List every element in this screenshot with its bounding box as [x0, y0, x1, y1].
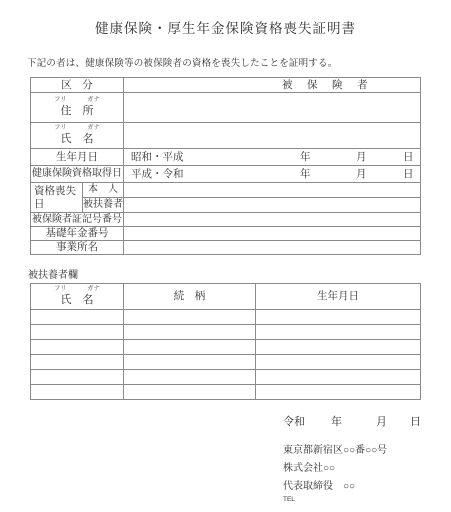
issuer-address: 東京都新宿区○○番○○号 [283, 441, 387, 456]
day-unit: 日 [403, 151, 414, 163]
dependent-row [31, 355, 421, 370]
dependent-cell[interactable] [124, 385, 256, 400]
table-row: 事業所名 [31, 241, 421, 255]
dependent-cell[interactable] [124, 325, 256, 340]
era-options: 昭和・平成 [131, 151, 184, 163]
table-row: 区 分 被 保 険 者 [31, 78, 421, 93]
furigana-annotation: フリ ガナ [54, 286, 100, 293]
table-row: 基礎年金番号 [31, 227, 421, 241]
insured-person-header: 被 保 険 者 [124, 78, 421, 93]
dependents-table-body [31, 310, 421, 400]
loss-date-self-field[interactable] [124, 183, 421, 198]
furigana-annotation: フリ ガナ [54, 125, 100, 132]
table-row: フリ ガナ 氏 名 [31, 123, 421, 149]
acquisition-date-label: 健康保険資格取得日 [31, 166, 124, 183]
issue-date-year-unit: 年 [331, 413, 342, 429]
office-name-field[interactable] [124, 241, 421, 255]
month-unit: 月 [356, 168, 367, 180]
issue-date-era: 令和 [283, 413, 305, 429]
loss-date-label: 資格喪失 日 [31, 183, 83, 213]
address-field[interactable] [124, 93, 421, 123]
birth-date-label: 生年月日 [31, 149, 124, 166]
loss-date-self-label: 本 人 [83, 183, 124, 198]
issue-date-day-unit: 日 [410, 413, 421, 429]
category-header: 区 分 [31, 78, 124, 93]
relationship-header: 続 柄 [124, 284, 256, 310]
table-row: 被保険者証記号番号 [31, 213, 421, 227]
dependent-cell[interactable] [124, 310, 256, 325]
month-unit: 月 [356, 151, 367, 163]
certificate-document: 健康保険・厚生年金保険資格喪失証明書 下記の者は、健康保険等の被保険者の資格を喪… [0, 0, 451, 512]
table-row: 健康保険資格取得日 平成・令和 年 月 日 [31, 166, 421, 183]
dependent-cell[interactable] [31, 340, 124, 355]
dependent-cell[interactable] [31, 370, 124, 385]
dependent-row [31, 325, 421, 340]
issuer-company: 株式会社○○ [283, 459, 335, 474]
dependent-cell[interactable] [256, 355, 421, 370]
document-title: 健康保険・厚生年金保険資格喪失証明書 [0, 17, 451, 37]
dependents-table: フリ ガナ 氏 名 続 柄 生年月日 [30, 283, 421, 400]
name-label: フリ ガナ 氏 名 [31, 123, 124, 149]
table-row: 資格喪失 日 本 人 [31, 183, 421, 198]
year-unit: 年 [300, 168, 311, 180]
dependent-cell[interactable] [31, 325, 124, 340]
acquisition-date-field[interactable]: 平成・令和 年 月 日 [124, 166, 421, 183]
day-unit: 日 [403, 168, 414, 180]
dependent-cell[interactable] [124, 355, 256, 370]
dependent-cell[interactable] [31, 355, 124, 370]
dependent-row [31, 385, 421, 400]
era-options: 平成・令和 [131, 168, 184, 180]
dependent-cell[interactable] [31, 310, 124, 325]
table-row: 生年月日 昭和・平成 年 月 日 [31, 149, 421, 166]
loss-date-dependent-label: 被扶養者 [83, 198, 124, 213]
address-label: フリ ガナ 住 所 [31, 93, 124, 123]
insured-card-number-label: 被保険者証記号番号 [31, 213, 124, 227]
dependent-row [31, 370, 421, 385]
dependent-birth-date-header: 生年月日 [256, 284, 421, 310]
insured-person-table: 区 分 被 保 険 者 フリ ガナ 住 所 フリ ガナ [30, 77, 421, 255]
dependent-cell[interactable] [256, 310, 421, 325]
issue-date-month-unit: 月 [376, 413, 387, 429]
dependents-header-row: フリ ガナ 氏 名 続 柄 生年月日 [31, 284, 421, 310]
insured-card-number-field[interactable] [124, 213, 421, 227]
issuer-tel-label: TEL [283, 496, 295, 503]
dependent-cell[interactable] [124, 340, 256, 355]
loss-date-dependent-field[interactable] [124, 198, 421, 213]
dependent-cell[interactable] [124, 370, 256, 385]
table-row: 被扶養者 [31, 198, 421, 213]
basic-pension-number-label: 基礎年金番号 [31, 227, 124, 241]
name-field[interactable] [124, 123, 421, 149]
year-unit: 年 [300, 151, 311, 163]
dependent-row [31, 340, 421, 355]
dependent-cell[interactable] [31, 385, 124, 400]
dependent-cell[interactable] [256, 385, 421, 400]
dependent-cell[interactable] [256, 325, 421, 340]
dependent-cell[interactable] [256, 370, 421, 385]
dependent-row [31, 310, 421, 325]
table-row: フリ ガナ 住 所 [31, 93, 421, 123]
dependent-cell[interactable] [256, 340, 421, 355]
birth-date-field[interactable]: 昭和・平成 年 月 日 [124, 149, 421, 166]
dependent-name-header: フリ ガナ 氏 名 [31, 284, 124, 310]
basic-pension-number-field[interactable] [124, 227, 421, 241]
issuer-representative: 代表取締役 ○○ [283, 477, 355, 492]
office-name-label: 事業所名 [31, 241, 124, 255]
furigana-annotation: フリ ガナ [54, 97, 100, 104]
dependents-section-title: 被扶養者欄 [28, 266, 78, 281]
intro-statement: 下記の者は、健康保険等の被保険者の資格を喪失したことを証明する。 [27, 55, 337, 69]
